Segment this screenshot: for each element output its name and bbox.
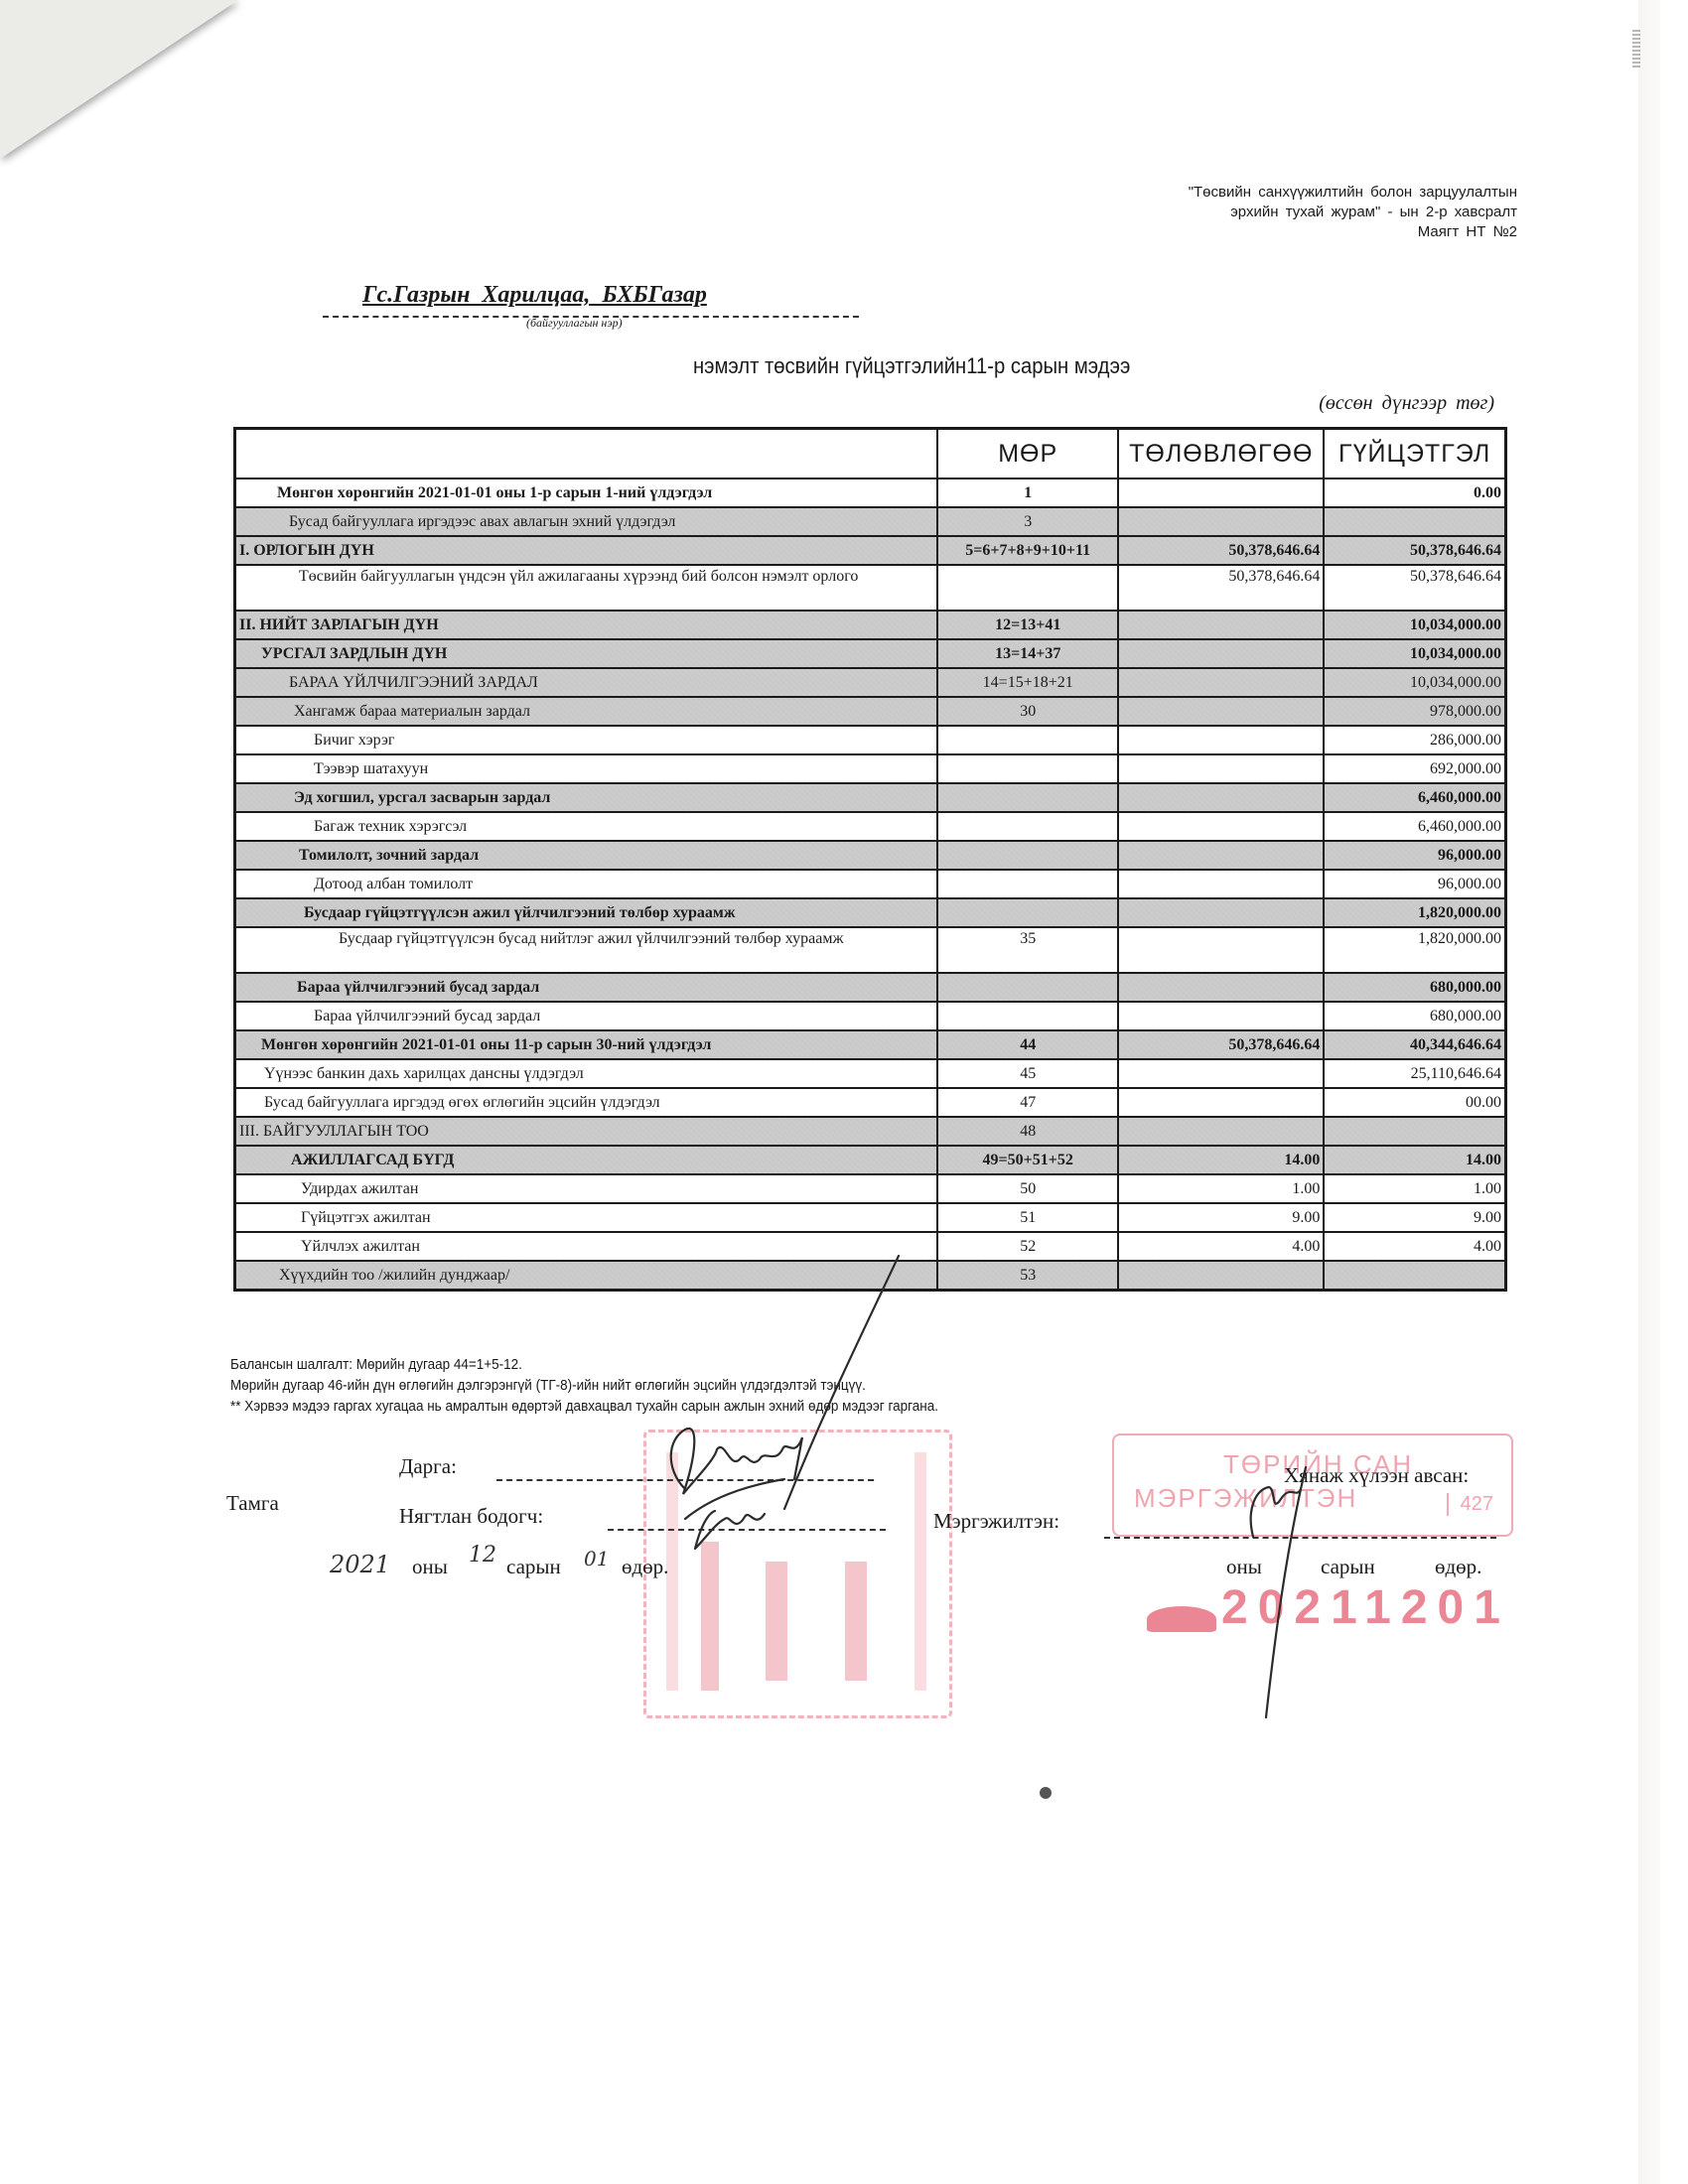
- table-header-row: МӨР ТӨЛӨВЛӨГӨӨ ГҮЙЦЭТГЭЛ: [235, 429, 1506, 479]
- execution-value: [1324, 507, 1505, 536]
- row-label: Үйлчлэх ажилтан: [235, 1232, 938, 1261]
- row-label: Дотоод албан томилолт: [235, 870, 938, 898]
- execution-value: 50,378,646.64: [1324, 565, 1505, 611]
- specialist-label: Мэргэжилтэн:: [933, 1509, 1059, 1534]
- execution-value: 96,000.00: [1324, 870, 1505, 898]
- table-row: Гүйцэтгэх ажилтан519.009.00: [235, 1203, 1506, 1232]
- table-row: Төсвийн байгууллагын үндсэн үйл ажилагаа…: [235, 565, 1506, 611]
- director-signature-line: [496, 1479, 874, 1481]
- right-month-label: сарын: [1321, 1555, 1375, 1579]
- table-row: Удирдах ажилтан501.001.00: [235, 1174, 1506, 1203]
- execution-value: 10,034,000.00: [1324, 611, 1505, 639]
- seal-ornament: [914, 1452, 926, 1691]
- seal-label: Тамга: [226, 1491, 279, 1516]
- row-number: 52: [937, 1232, 1118, 1261]
- handwritten-year: 2021: [330, 1551, 390, 1578]
- execution-value: 4.00: [1324, 1232, 1505, 1261]
- row-number: 51: [937, 1203, 1118, 1232]
- table-row: Мөнгөн хөрөнгийн 2021-01-01 оны 11-р сар…: [235, 1030, 1506, 1059]
- reviewed-label: Хянаж хүлээн авсан:: [1284, 1463, 1469, 1488]
- plan-value: [1118, 611, 1324, 639]
- execution-value: 96,000.00: [1324, 841, 1505, 870]
- row-label: II. НИЙТ ЗАРЛАГЫН ДҮН: [235, 611, 938, 639]
- plan-value: [1118, 841, 1324, 870]
- plan-value: [1118, 639, 1324, 668]
- execution-value: 680,000.00: [1324, 973, 1505, 1002]
- execution-value: 00.00: [1324, 1088, 1505, 1117]
- director-label: Дарга:: [399, 1454, 457, 1479]
- handwritten-month: 12: [469, 1543, 496, 1568]
- row-label: Хүүхдийн тоо /жилийн дунджаар/: [235, 1261, 938, 1291]
- note-holiday: ** Хэрвээ мэдээ гаргах хугацаа нь амралт…: [230, 1396, 938, 1417]
- execution-value: 1,820,000.00: [1324, 898, 1505, 927]
- row-number: 30: [937, 697, 1118, 726]
- execution-value: 25,110,646.64: [1324, 1059, 1505, 1088]
- scan-speck: [1040, 1787, 1052, 1799]
- plan-value: [1118, 1261, 1324, 1291]
- row-label: БАРАА ҮЙЛЧИЛГЭЭНИЙ ЗАРДАЛ: [235, 668, 938, 697]
- row-number: [937, 565, 1118, 611]
- accountant-signature-line: [608, 1529, 886, 1531]
- plan-value: 50,378,646.64: [1118, 536, 1324, 565]
- notes: Балансын шалгалт: Мөрийн дугаар 44=1+5-1…: [230, 1354, 938, 1417]
- table-row: Бичиг хэрэг286,000.00: [235, 726, 1506, 754]
- row-label: Бусад байгууллага иргэдэд өгөх өглөгийн …: [235, 1088, 938, 1117]
- row-label: Гүйцэтгэх ажилтан: [235, 1203, 938, 1232]
- table-row: УРСГАЛ ЗАРДЛЫН ДҮН13=14+3710,034,000.00: [235, 639, 1506, 668]
- row-number: [937, 973, 1118, 1002]
- accountant-label: Нягтлан бодогч:: [399, 1504, 543, 1529]
- row-label: Үүнээс банкин дахь харилцах дансны үлдэг…: [235, 1059, 938, 1088]
- scan-edge-mark: [1632, 30, 1640, 69]
- received-stamp-mark: [1147, 1606, 1216, 1632]
- row-number: 5=6+7+8+9+10+11: [937, 536, 1118, 565]
- plan-value: [1118, 812, 1324, 841]
- plan-value: [1118, 870, 1324, 898]
- row-number: 14=15+18+21: [937, 668, 1118, 697]
- note-balance-check: Балансын шалгалт: Мөрийн дугаар 44=1+5-1…: [230, 1354, 938, 1375]
- table-row: Тээвэр шатахуун692,000.00: [235, 754, 1506, 783]
- row-label: Эд хогшил, урсгал засварын зардал: [235, 783, 938, 812]
- table-row: Хүүхдийн тоо /жилийн дунджаар/53: [235, 1261, 1506, 1291]
- header-plan: ТӨЛӨВЛӨГӨӨ: [1118, 429, 1324, 479]
- folded-page-corner: [0, 0, 238, 159]
- plan-value: 4.00: [1118, 1232, 1324, 1261]
- handwritten-day: 01: [584, 1547, 609, 1570]
- scan-edge: [1638, 0, 1660, 2184]
- plan-value: [1118, 697, 1324, 726]
- plan-value: 9.00: [1118, 1203, 1324, 1232]
- plan-value: [1118, 754, 1324, 783]
- row-number: [937, 898, 1118, 927]
- row-number: 35: [937, 927, 1118, 973]
- execution-value: 978,000.00: [1324, 697, 1505, 726]
- plan-value: 14.00: [1118, 1146, 1324, 1174]
- table-row: Мөнгөн хөрөнгийн 2021-01-01 оны 1-р сары…: [235, 478, 1506, 507]
- row-number: 53: [937, 1261, 1118, 1291]
- received-date-stamp: 20211201: [1221, 1580, 1510, 1635]
- official-seal: [643, 1430, 952, 1718]
- row-label: Бараа үйлчилгээний бусад зардал: [235, 1002, 938, 1030]
- row-number: 50: [937, 1174, 1118, 1203]
- plan-value: [1118, 973, 1324, 1002]
- plan-value: [1118, 783, 1324, 812]
- table-row: Дотоод албан томилолт96,000.00: [235, 870, 1506, 898]
- plan-value: 50,378,646.64: [1118, 565, 1324, 611]
- row-number: [937, 726, 1118, 754]
- plan-value: [1118, 898, 1324, 927]
- row-label: Бусад байгууллага иргэдээс авах авлагын …: [235, 507, 938, 536]
- organization-name: Гс.Газрын Харилцаа, БХБГазар: [362, 282, 707, 309]
- treasury-stamp-number: 427: [1447, 1493, 1493, 1516]
- plan-value: 1.00: [1118, 1174, 1324, 1203]
- table-row: Багаж техник хэрэгсэл6,460,000.00: [235, 812, 1506, 841]
- table-row: I. ОРЛОГЫН ДҮН5=6+7+8+9+10+1150,378,646.…: [235, 536, 1506, 565]
- row-label: Удирдах ажилтан: [235, 1174, 938, 1203]
- header-row-number: МӨР: [937, 429, 1118, 479]
- seal-ornament: [701, 1542, 719, 1691]
- row-number: 13=14+37: [937, 639, 1118, 668]
- execution-value: [1324, 1117, 1505, 1146]
- row-label: Бусдаар гүйцэтгүүлсэн ажил үйлчилгээний …: [235, 898, 938, 927]
- row-label: Бичиг хэрэг: [235, 726, 938, 754]
- specialist-signature-line: [1104, 1537, 1496, 1539]
- plan-value: [1118, 478, 1324, 507]
- plan-value: [1118, 668, 1324, 697]
- row-label: Бараа үйлчилгээний бусад зардал: [235, 973, 938, 1002]
- plan-value: [1118, 726, 1324, 754]
- execution-value: [1324, 1261, 1505, 1291]
- seal-ornament: [766, 1562, 787, 1681]
- header-name: [235, 429, 938, 479]
- report-unit: (өссөн дүнгээр төг): [1319, 392, 1494, 415]
- row-label: Мөнгөн хөрөнгийн 2021-01-01 оны 11-р сар…: [235, 1030, 938, 1059]
- execution-value: 680,000.00: [1324, 1002, 1505, 1030]
- table-row: БАРАА ҮЙЛЧИЛГЭЭНИЙ ЗАРДАЛ14=15+18+2110,0…: [235, 668, 1506, 697]
- row-number: [937, 812, 1118, 841]
- regulation-line-1: "Төсвийн санхүүжилтийн болон зарцуулалты…: [1189, 183, 1517, 203]
- table-row: II. НИЙТ ЗАРЛАГЫН ДҮН12=13+4110,034,000.…: [235, 611, 1506, 639]
- plan-value: [1118, 927, 1324, 973]
- execution-value: 40,344,646.64: [1324, 1030, 1505, 1059]
- table-row: Бусдаар гүйцэтгүүлсэн бусад нийтлэг ажил…: [235, 927, 1506, 973]
- row-number: 47: [937, 1088, 1118, 1117]
- plan-value: [1118, 1117, 1324, 1146]
- execution-value: 6,460,000.00: [1324, 783, 1505, 812]
- table-row: Хангамж бараа материалын зардал30978,000…: [235, 697, 1506, 726]
- table-row: III. БАЙГУУЛЛАГЫН ТОО48: [235, 1117, 1506, 1146]
- right-day-label: өдөр.: [1435, 1555, 1481, 1579]
- row-label: III. БАЙГУУЛЛАГЫН ТОО: [235, 1117, 938, 1146]
- row-number: [937, 870, 1118, 898]
- row-number: [937, 754, 1118, 783]
- row-label: Багаж техник хэрэгсэл: [235, 812, 938, 841]
- day-label: өдөр.: [622, 1555, 668, 1579]
- table-row: Бараа үйлчилгээний бусад зардал680,000.0…: [235, 973, 1506, 1002]
- table-row: Бусад байгууллага иргэдэд өгөх өглөгийн …: [235, 1088, 1506, 1117]
- row-label: I. ОРЛОГЫН ДҮН: [235, 536, 938, 565]
- plan-value: 50,378,646.64: [1118, 1030, 1324, 1059]
- row-label: Мөнгөн хөрөнгийн 2021-01-01 оны 1-р сары…: [235, 478, 938, 507]
- row-number: 3: [937, 507, 1118, 536]
- plan-value: [1118, 1002, 1324, 1030]
- table-row: Бусад байгууллага иргэдээс авах авлагын …: [235, 507, 1506, 536]
- row-number: 49=50+51+52: [937, 1146, 1118, 1174]
- organization-caption: (байгууллагын нэр): [526, 316, 623, 331]
- row-label: АЖИЛЛАГСАД БҮГД: [235, 1146, 938, 1174]
- row-label: УРСГАЛ ЗАРДЛЫН ДҮН: [235, 639, 938, 668]
- right-year-label: оны: [1226, 1555, 1262, 1579]
- row-label: Төсвийн байгууллагын үндсэн үйл ажилагаа…: [235, 565, 938, 611]
- table-row: Эд хогшил, урсгал засварын зардал6,460,0…: [235, 783, 1506, 812]
- row-label: Томилолт, зочний зардал: [235, 841, 938, 870]
- execution-value: 14.00: [1324, 1146, 1505, 1174]
- plan-value: [1118, 1088, 1324, 1117]
- note-row-46: Мөрийн дугаар 46-ийн дүн өглөгийн дэлгэр…: [230, 1375, 938, 1396]
- row-number: [937, 783, 1118, 812]
- header-execution: ГҮЙЦЭТГЭЛ: [1324, 429, 1505, 479]
- table-row: Томилолт, зочний зардал96,000.00: [235, 841, 1506, 870]
- row-label: Хангамж бараа материалын зардал: [235, 697, 938, 726]
- regulation-reference: "Төсвийн санхүүжилтийн болон зарцуулалты…: [1189, 183, 1517, 242]
- month-label: сарын: [506, 1555, 561, 1579]
- row-label: Бусдаар гүйцэтгүүлсэн бусад нийтлэг ажил…: [235, 927, 938, 973]
- execution-value: 0.00: [1324, 478, 1505, 507]
- budget-report-table: МӨР ТӨЛӨВЛӨГӨӨ ГҮЙЦЭТГЭЛ Мөнгөн хөрөнгий…: [233, 427, 1507, 1292]
- row-number: [937, 1002, 1118, 1030]
- table-row: Үүнээс банкин дахь харилцах дансны үлдэг…: [235, 1059, 1506, 1088]
- row-number: 12=13+41: [937, 611, 1118, 639]
- row-label: Тээвэр шатахуун: [235, 754, 938, 783]
- regulation-line-2: эрхийн тухай журам" - ын 2-р хавсралт: [1189, 203, 1517, 222]
- table-row: АЖИЛЛАГСАД БҮГД49=50+51+5214.0014.00: [235, 1146, 1506, 1174]
- form-code: Маягт НТ №2: [1189, 222, 1517, 242]
- execution-value: 1.00: [1324, 1174, 1505, 1203]
- seal-ornament: [845, 1562, 867, 1681]
- execution-value: 6,460,000.00: [1324, 812, 1505, 841]
- table-row: Үйлчлэх ажилтан524.004.00: [235, 1232, 1506, 1261]
- execution-value: 50,378,646.64: [1324, 536, 1505, 565]
- report-title: нэмэлт төсвийн гүйцэтгэлийн11-р сарын мэ…: [693, 353, 1130, 379]
- row-number: 44: [937, 1030, 1118, 1059]
- table-row: Бараа үйлчилгээний бусад зардал680,000.0…: [235, 1002, 1506, 1030]
- row-number: [937, 841, 1118, 870]
- execution-value: 9.00: [1324, 1203, 1505, 1232]
- execution-value: 692,000.00: [1324, 754, 1505, 783]
- execution-value: 1,820,000.00: [1324, 927, 1505, 973]
- plan-value: [1118, 507, 1324, 536]
- table-row: Бусдаар гүйцэтгүүлсэн ажил үйлчилгээний …: [235, 898, 1506, 927]
- year-label: оны: [412, 1555, 448, 1579]
- execution-value: 10,034,000.00: [1324, 639, 1505, 668]
- row-number: 1: [937, 478, 1118, 507]
- plan-value: [1118, 1059, 1324, 1088]
- execution-value: 286,000.00: [1324, 726, 1505, 754]
- row-number: 48: [937, 1117, 1118, 1146]
- execution-value: 10,034,000.00: [1324, 668, 1505, 697]
- row-number: 45: [937, 1059, 1118, 1088]
